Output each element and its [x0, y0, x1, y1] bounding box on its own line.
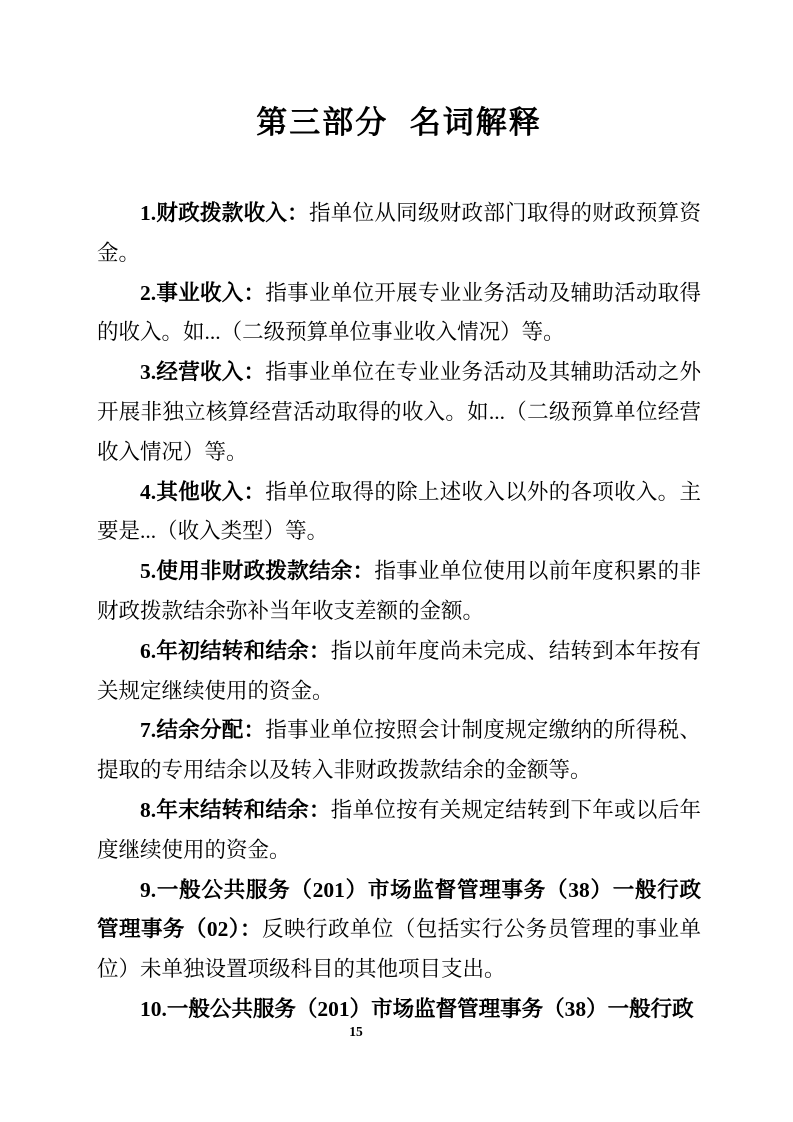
glossary-body: 1.财政拨款收入：指单位从同级财政部门取得的财政预算资金。 2.事业收入：指事业… — [97, 194, 701, 1030]
document-page: 第三部分 名词解释 1.财政拨款收入：指单位从同级财政部门取得的财政预算资金。 … — [0, 0, 793, 1122]
glossary-item: 3.经营收入：指事业单位在专业业务活动及其辅助活动之外开展非独立核算经营活动取得… — [97, 353, 701, 472]
term-label: 4.其他收入： — [140, 480, 265, 504]
glossary-item: 8.年末结转和结余：指单位按有关规定结转到下年或以后年度继续使用的资金。 — [97, 791, 701, 871]
page-title: 第三部分 名词解释 — [97, 103, 701, 143]
term-label: 2.事业收入： — [140, 281, 265, 305]
term-label: 1.财政拨款收入： — [140, 201, 309, 225]
glossary-item: 1.财政拨款收入：指单位从同级财政部门取得的财政预算资金。 — [97, 194, 701, 274]
glossary-item: 7.结余分配：指事业单位按照会计制度规定缴纳的所得税、提取的专用结余以及转入非财… — [97, 711, 701, 791]
term-label: 10.一般公共服务（201）市场监督管理事务（38）一般行政 — [140, 997, 694, 1021]
term-label: 7.结余分配： — [140, 718, 265, 742]
term-label: 3.经营收入： — [140, 360, 265, 384]
term-label: 6.年初结转和结余： — [140, 639, 331, 663]
glossary-item: 9.一般公共服务（201）市场监督管理事务（38）一般行政管理事务（02）：反映… — [97, 871, 701, 990]
glossary-item: 6.年初结转和结余：指以前年度尚未完成、结转到本年按有关规定继续使用的资金。 — [97, 632, 701, 712]
glossary-item: 2.事业收入：指事业单位开展专业业务活动及辅助活动取得的收入。如...（二级预算… — [97, 274, 701, 354]
glossary-item: 4.其他收入：指单位取得的除上述收入以外的各项收入。主要是...（收入类型）等。 — [97, 473, 701, 553]
term-label: 5.使用非财政拨款结余： — [140, 559, 374, 583]
page-number: 15 — [340, 1024, 372, 1040]
glossary-item: 10.一般公共服务（201）市场监督管理事务（38）一般行政 — [97, 990, 701, 1030]
glossary-item: 5.使用非财政拨款结余：指事业单位使用以前年度积累的非财政拨款结余弥补当年收支差… — [97, 552, 701, 632]
term-label: 8.年末结转和结余： — [140, 798, 331, 822]
